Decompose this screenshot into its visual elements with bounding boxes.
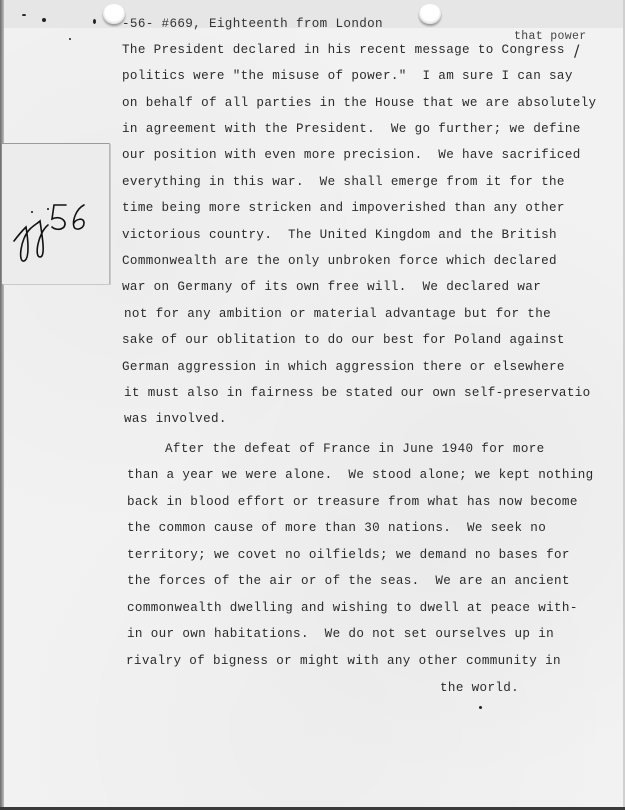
text-line: was involved. (124, 412, 227, 426)
speck (479, 706, 482, 709)
text-line: the common cause of more than 30 nations… (127, 521, 546, 535)
handwritten-label-icon (8, 199, 98, 269)
margin-label-note (2, 143, 110, 284)
document-page: -56- #669, Eighteenth from London that p… (0, 0, 625, 810)
text-line: The President declared in his recent mes… (122, 43, 565, 57)
speck (22, 14, 26, 16)
speck (42, 18, 46, 22)
speck (93, 19, 96, 24)
text-line: war on Germany of its own free will. We … (122, 280, 541, 294)
text-line: commonwealth dwelling and wishing to dwe… (127, 601, 578, 615)
text-line: not for any ambition or material advanta… (124, 307, 551, 321)
text-line: Commonwealth are the only unbroken force… (122, 254, 557, 268)
binding-edge (0, 0, 4, 810)
page-header: -56- #669, Eighteenth from London (122, 17, 383, 31)
text-line: in our own habitations. We do not set ou… (127, 627, 554, 641)
text-line: victorious country. The United Kingdom a… (122, 228, 557, 242)
text-line: everything in this war. We shall emerge … (122, 175, 565, 189)
text-line: it must also in fairness be stated our o… (124, 386, 591, 400)
punch-hole-right (419, 4, 441, 24)
text-line: territory; we covet no oilfields; we dem… (127, 548, 570, 562)
text-line: rivalry of bigness or might with any oth… (126, 654, 561, 668)
speck (69, 38, 71, 40)
text-line: sake of our oblitation to do our best fo… (122, 333, 565, 347)
text-line: the forces of the air or of the seas. We… (127, 574, 570, 588)
text-line: German aggression in which aggression th… (122, 360, 565, 374)
text-line: back in blood effort or treasure from wh… (127, 495, 578, 509)
text-line: After the defeat of France in June 1940 … (165, 442, 545, 456)
text-line: than a year we were alone. We stood alon… (127, 468, 594, 482)
text-line: politics were "the misuse of power." I a… (122, 69, 573, 83)
text-line: in agreement with the President. We go f… (122, 122, 581, 136)
text-line: the world. (440, 681, 519, 695)
text-line: time being more stricken and impoverishe… (122, 201, 565, 215)
text-line: on behalf of all parties in the House th… (122, 96, 596, 110)
text-line: our position with even more precision. W… (122, 148, 581, 162)
insert-mark: / (574, 41, 579, 60)
